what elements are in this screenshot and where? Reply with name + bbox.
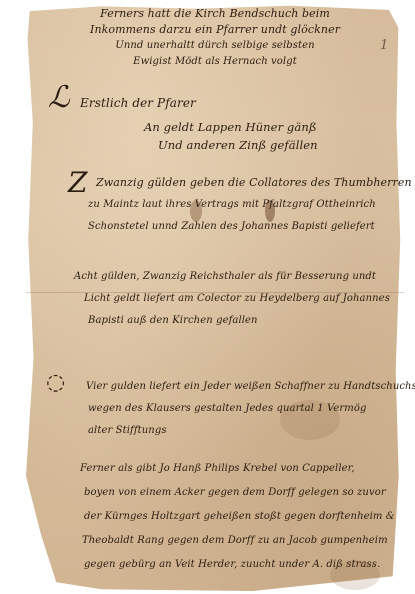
- entry-line: Schonstetel unnd Zahlen des Johannes Bap…: [88, 216, 375, 237]
- entry-line: alter Stifftungs: [88, 420, 167, 441]
- entry-line: Licht geldt liefert am Colector zu Heyde…: [84, 288, 390, 309]
- initial-flourish: ◌: [46, 370, 65, 395]
- section-title: Erstlich der Pfarer: [80, 93, 196, 114]
- entry-line: Vier gulden liefert ein Jeder weißen Sch…: [86, 376, 415, 397]
- heading-line: Inkommens darzu ein Pfarrer undt glöckne…: [90, 22, 340, 38]
- entry-line: Zwanzig gülden geben die Collatores des …: [96, 172, 412, 193]
- entry-line: Ferner als gibt Jo Hanß Philips Krebel v…: [80, 458, 355, 479]
- initial-flourish: Z: [68, 166, 87, 199]
- initial-flourish: ℒ: [48, 80, 70, 115]
- entry-line: Acht gülden, Zwanzig Reichsthaler als fü…: [74, 266, 376, 287]
- page-number: 1: [380, 38, 388, 53]
- heading-line: Ferners hatt die Kirch Bendschuch beim: [90, 6, 340, 22]
- section-subtitle-line: An geldt Lappen Hüner gänß: [144, 118, 317, 136]
- heading-line: Ewigist Mödt als Hernach volgt: [100, 54, 330, 70]
- entry-line: Bapisti auß den Kirchen gefallen: [88, 310, 258, 331]
- entry-line: der Kürnges Holtzgart geheißen stoßt geg…: [84, 506, 395, 527]
- entry-line: boyen von einem Acker gegen dem Dorff ge…: [84, 482, 386, 503]
- entry-line: zu Maintz laut ihres Vertrags mit Pfaltz…: [88, 194, 376, 215]
- heading-line: Unnd unerhaltt dürch selbige selbsten: [90, 38, 340, 54]
- entry-line: wegen des Klausers gestalten Jedes quart…: [88, 398, 367, 419]
- entry-line: Theobaldt Rang gegen dem Dorff zu an Jac…: [82, 530, 388, 551]
- section-subtitle-line: Und anderen Zinß gefällen: [158, 136, 318, 154]
- entry-line: gegen gebürg an Veit Herder, zuucht unde…: [84, 554, 380, 575]
